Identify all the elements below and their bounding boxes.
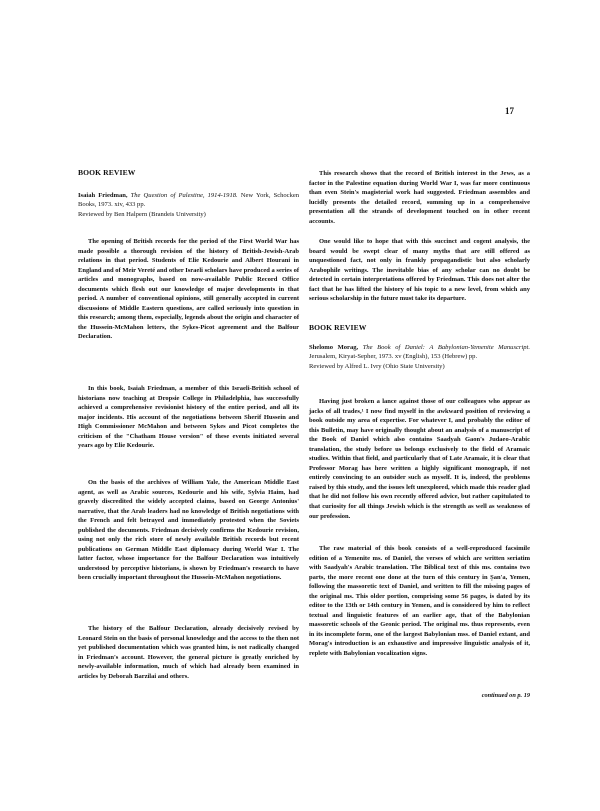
- citation-reviewer: Reviewed by Ben Halpern (Brandeis Univer…: [78, 211, 206, 218]
- review-heading: BOOK REVIEW: [309, 323, 366, 333]
- body-paragraph: This research shows that the record of B…: [309, 169, 530, 226]
- continued-note: continued on p. 19: [482, 691, 530, 701]
- body-paragraph: On the basis of the archives of William …: [78, 478, 299, 583]
- body-paragraph: The history of the Balfour Declaration, …: [78, 624, 299, 681]
- body-paragraph: In this book, Isaiah Friedman, a member …: [78, 384, 299, 451]
- citation-reviewer: Reviewed by Alfred L. Ivry (Ohio State U…: [309, 363, 445, 370]
- book-citation: Shelomo Morag, The Book of Daniel: A Bab…: [309, 343, 530, 371]
- body-paragraph: The opening of British records for the p…: [78, 237, 299, 342]
- citation-author: Shelomo Morag,: [309, 344, 358, 351]
- citation-title: The Question of Palestine, 1914-1918.: [131, 192, 238, 199]
- citation-title: The Book of Daniel: A Babylonian-Yemenit…: [363, 344, 530, 351]
- citation-publication: Jerusalem, Kiryat-Sepher, 1973. xv (Engl…: [309, 353, 477, 360]
- body-paragraph: The raw material of this book consists o…: [309, 544, 530, 659]
- body-paragraph: Having just broken a lance against those…: [309, 397, 530, 521]
- citation-author: Isaiah Friedman,: [78, 192, 128, 199]
- review-heading: BOOK REVIEW: [78, 168, 135, 178]
- page-number: 17: [505, 106, 514, 116]
- book-citation: Isaiah Friedman, The Question of Palesti…: [78, 191, 299, 219]
- body-paragraph: One would like to hope that with this su…: [309, 237, 530, 304]
